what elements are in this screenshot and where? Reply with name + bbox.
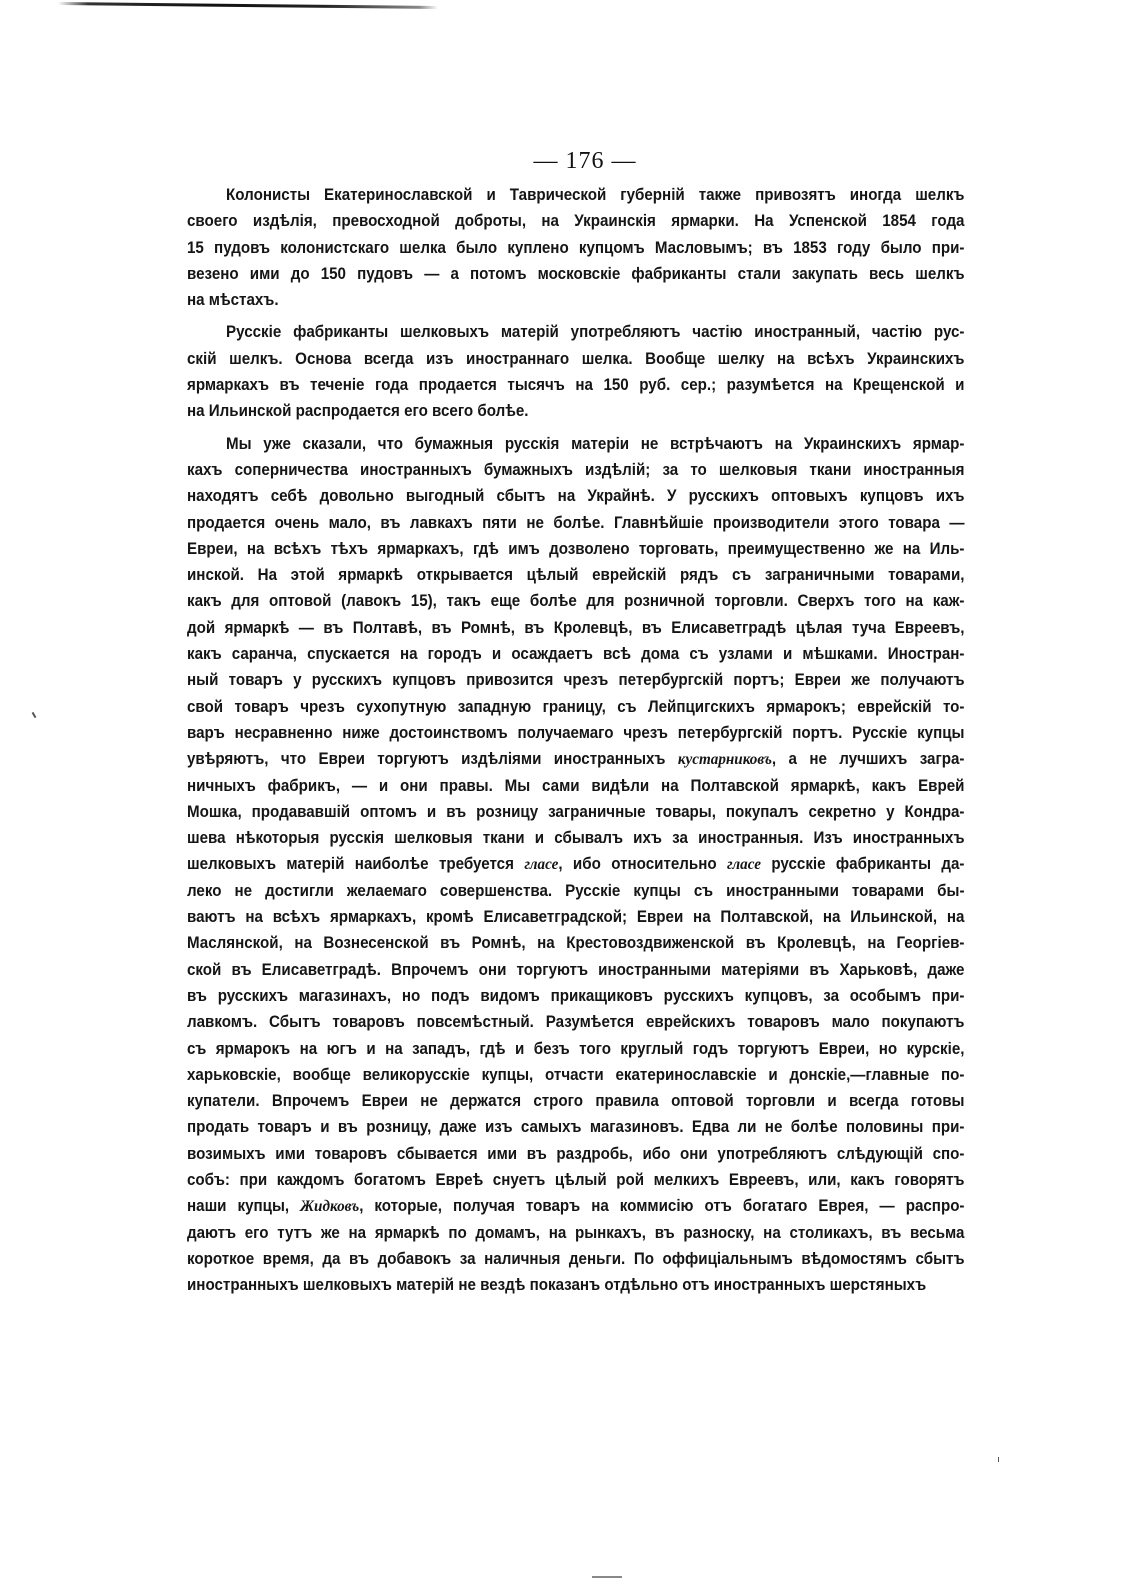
text-line: Колонисты Екатеринославской и Таврическо… (187, 182, 964, 208)
text-line: Мошка, продававшій оптомъ и въ розницу з… (187, 799, 964, 825)
text-line: Евреи, на всѣхъ тѣхъ ярмаркахъ, гдѣ имъ … (187, 536, 964, 562)
text-line: продается очень мало, въ лавкахъ пяти не… (187, 510, 964, 536)
text-line: Русскіе фабриканты шелковыхъ матерій упо… (187, 319, 964, 345)
text-line: ничныхъ фабрикъ, — и они правы. Мы сами … (187, 773, 964, 799)
italic-term: кустарниковъ (678, 749, 772, 768)
scan-speck (32, 712, 37, 718)
text-line: свой товаръ чрезъ сухопутную западную гр… (187, 694, 964, 720)
text-line: возимыхъ ими товаровъ сбывается ими въ р… (187, 1141, 964, 1167)
text-line: шева нѣкоторыя русскія шелковыя ткани и … (187, 825, 964, 851)
text-line: какъ для оптовой (лавокъ 15), такъ еще б… (187, 588, 964, 614)
text-line: съ ярмарокъ на югъ и на западъ, гдѣ и бе… (187, 1036, 964, 1062)
text-line: инской. На этой ярмаркѣ открывается цѣлы… (187, 562, 964, 588)
text-line: на Ильинской распродается его всего болѣ… (187, 398, 964, 424)
text-line: собъ: при каждомъ богатомъ Евреѣ снуетъ … (187, 1167, 964, 1193)
text-line: 15 пудовъ колонистскаго шелка было купле… (187, 235, 964, 261)
text-line: везено ими до 150 пудовъ — а потомъ моск… (187, 261, 964, 287)
text-line: дой ярмаркѣ — въ Полтавѣ, въ Ромнѣ, въ К… (187, 615, 964, 641)
italic-term: гласе (727, 854, 761, 873)
text-line: варъ несравненно ниже достоинствомъ полу… (187, 720, 964, 746)
text-line: короткое время, да въ добавокъ за наличн… (187, 1246, 964, 1272)
text-line: находятъ себѣ довольно выгодный сбытъ на… (187, 483, 964, 509)
text-line: продать товаръ и въ розницу, даже изъ са… (187, 1114, 964, 1140)
text-line: на мѣстахъ. (187, 287, 964, 313)
text-line: даютъ его тутъ же на ярмаркѣ по домамъ, … (187, 1220, 964, 1246)
text-line: въ русскихъ магазинахъ, но подъ видомъ п… (187, 983, 964, 1009)
text-line: ской въ Елисаветградѣ. Впрочемъ они торг… (187, 957, 964, 983)
text-line: лавкомъ. Сбытъ товаровъ повсемѣстный. Ра… (187, 1009, 964, 1035)
document-body: Колонисты Екатеринославской и Таврическо… (187, 182, 964, 1304)
text-line: скій шелкъ. Основа всегда изъ иностранна… (187, 346, 964, 372)
italic-term: гласе (524, 854, 558, 873)
text-line: ваютъ на всѣхъ ярмаркахъ, кромѣ Елисавет… (187, 904, 964, 930)
text-line: кахъ соперничества иностранныхъ бумажных… (187, 457, 964, 483)
scan-edge-artifact (592, 1576, 622, 1578)
text-line: купатели. Впрочемъ Евреи не держатся стр… (187, 1088, 964, 1114)
paragraph-2: Русскіе фабриканты шелковыхъ матерій упо… (187, 319, 964, 424)
text-line: Маслянской, на Вознесенской въ Ромнѣ, на… (187, 930, 964, 956)
text-line: увѣряютъ, что Евреи торгуютъ издѣліями и… (187, 746, 964, 772)
text-line: ный товаръ у русскихъ купцовъ привозится… (187, 667, 964, 693)
text-line: наши купцы, Жидковъ, которые, получая то… (187, 1193, 964, 1219)
paragraph-3: Мы уже сказали, что бумажныя русскія мат… (187, 431, 964, 1299)
text-line: Мы уже сказали, что бумажныя русскія мат… (187, 431, 964, 457)
italic-term: Жидковъ (300, 1196, 359, 1215)
page-number: — 176 — (0, 148, 1140, 175)
scan-speck (998, 1457, 999, 1462)
text-line: иностранныхъ шелковыхъ матерій не вездѣ … (187, 1272, 964, 1298)
text-line: харьковскіе, вообще великорусскіе купцы,… (187, 1062, 964, 1088)
text-line: ярмаркахъ въ теченіе года продается тыся… (187, 372, 964, 398)
text-line: какъ саранча, спускается на городъ и оса… (187, 641, 964, 667)
text-line: своего издѣлія, превосходной доброты, на… (187, 208, 964, 234)
paragraph-1: Колонисты Екатеринославской и Таврическо… (187, 182, 964, 313)
text-line: леко не достигли желаемаго совершенства.… (187, 878, 964, 904)
scan-edge-artifact (58, 2, 438, 9)
text-line: шелковыхъ матерій наиболѣе требуется гла… (187, 851, 964, 877)
